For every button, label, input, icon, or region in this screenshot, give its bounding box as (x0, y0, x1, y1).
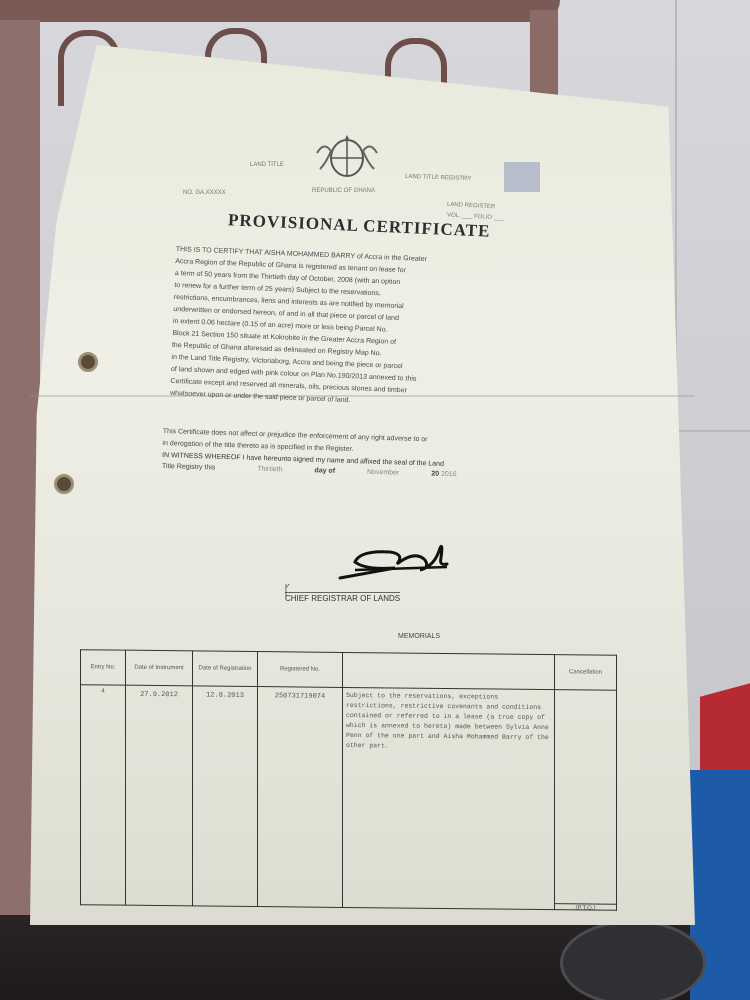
date-day: Thirtieth (257, 466, 282, 474)
column-header (343, 652, 555, 689)
header-center-caption: REPUBLIC OF GHANA (312, 188, 375, 194)
memorial-remarks: Subject to the reservations, exceptions … (343, 687, 555, 909)
table-row: 4 27.9.2012 12.8.2013 250731719074 Subje… (81, 685, 617, 911)
signature-icon (335, 540, 450, 585)
column-header: Date of Registration (193, 651, 258, 687)
date-of-instrument: 27.9.2012 (126, 685, 193, 906)
column-header: Registered No. (258, 652, 343, 688)
date-day-of: day of (314, 467, 335, 475)
pto-label: (P.T.O.) (555, 903, 616, 912)
revenue-stamp (504, 162, 540, 192)
table-header-row: Entry No. Date of Instrument Date of Reg… (81, 650, 617, 691)
dark-round-object (560, 920, 706, 1000)
entry-no: 4 (81, 685, 126, 905)
certificate-number: NO. GA.XXXXX (183, 190, 226, 196)
column-header: Entry No. (81, 650, 126, 685)
certificate-body: THIS IS TO CERTIFY THAT AISHA MOHAMMED B… (170, 244, 546, 415)
chair-post (530, 10, 558, 105)
date-year-label: 20 (431, 471, 439, 478)
date-month: November (367, 469, 399, 477)
registered-no: 250731719074 (258, 687, 343, 908)
chair-top-rail (0, 0, 560, 22)
date-of-registration: 12.8.2013 (193, 686, 258, 907)
signatory-title: CHIEF REGISTRAR OF LANDS (285, 592, 400, 603)
punch-hole (78, 352, 98, 372)
column-header: Cancellation (555, 655, 617, 691)
date-prefix: Title Registry this (162, 463, 216, 471)
memorials-title: MEMORIALS (398, 633, 440, 640)
header-left-label: LAND TITLE (250, 162, 284, 168)
punch-hole (54, 474, 74, 494)
signature-mark-icon: ᚴ (283, 584, 291, 600)
date-year: 2016 (441, 471, 457, 478)
memorials-table: Entry No. Date of Instrument Date of Reg… (80, 649, 617, 911)
coat-of-arms-icon (312, 133, 382, 183)
column-header: Date of Instrument (126, 650, 193, 686)
wall-tile-seam (677, 430, 750, 432)
cancellation-cell: (P.T.O.) (555, 690, 617, 911)
